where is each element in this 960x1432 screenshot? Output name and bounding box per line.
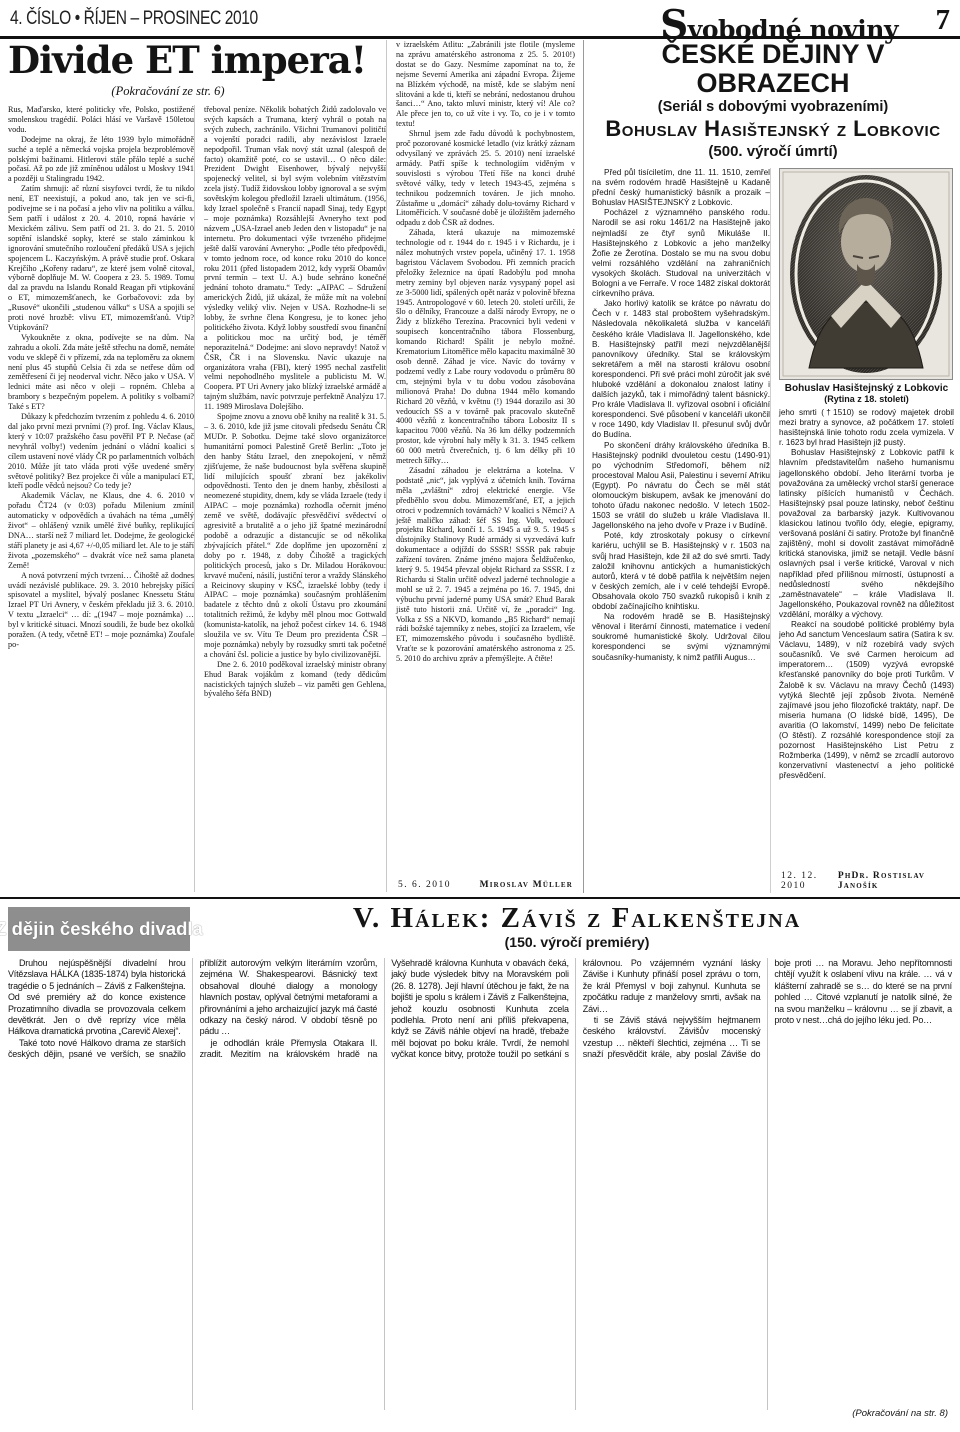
theatre-series-label: Z dějin českého divadla — [0, 918, 203, 940]
divide-column-1: Rus, Maďarsko, které politicky vře, Pols… — [8, 105, 194, 892]
paragraph: třeboval peníze. Několik bohatých Židů z… — [204, 105, 386, 412]
dejiny-kicker: ČESKÉ DĚJINY V OBRAZECH — [592, 40, 954, 98]
divide-column-3-text: v izraelském Atlitu: „Zabránili jste flo… — [396, 40, 575, 664]
divide-byline: 5. 6. 2010 Miroslav Müller — [396, 874, 575, 892]
article-divide: Divide ET impera! (Pokračování ze str. 6… — [8, 40, 575, 892]
paragraph: Druhou nejúspěšnější divadelní hrou Vítě… — [8, 958, 186, 1038]
paragraph: jeho smrti (†1510) se rodový majetek dro… — [779, 408, 954, 448]
divide-author: Miroslav Müller — [480, 880, 573, 890]
portrait-caption-name: Bohuslav Hasištejnský z Lobkovic — [779, 383, 954, 394]
divide-column-3: v izraelském Atlitu: „Zabránili jste flo… — [386, 40, 575, 892]
paragraph: Spojme znovu a znovu obě knihy na realit… — [204, 412, 386, 660]
paragraph: Pocházel z významného panského rodu. Nar… — [592, 208, 770, 299]
theatre-series-box: Z dějin českého divadla — [8, 907, 190, 951]
portrait-engraving — [779, 168, 953, 380]
paragraph: Akademik Václav, ne Klaus, dne 4. 6. 201… — [8, 491, 194, 570]
paragraph: Reakcí na soudobé politické problémy byl… — [779, 620, 954, 782]
paragraph: Rus, Maďarsko, které politicky vře, Pols… — [8, 105, 194, 135]
dejiny-author: PhDr. Rostislav Janošík — [838, 871, 952, 891]
page-number: 7 — [936, 4, 951, 37]
paragraph: Vykoukněte z okna, podívejte se na dům. … — [8, 333, 194, 412]
issue-line: 4. ČÍSLO • ŘÍJEN – PROSINEC 2010 — [10, 8, 258, 30]
article-dejiny: ČESKÉ DĚJINY V OBRAZECH (Seriál s dobový… — [592, 40, 954, 893]
paragraph: Bohuslav Hasištejnský z Lobkovic patřil … — [779, 448, 954, 620]
halek-subtitle: (150. výročí premiéry) — [200, 934, 954, 951]
continued-on-note: (Pokračování na str. 8) — [852, 1408, 948, 1419]
halek-article-body: Druhou nejúspěšnější divadelní hrou Vítě… — [8, 958, 952, 1410]
newspaper-page: 4. ČÍSLO • ŘÍJEN – PROSINEC 2010 Svobodn… — [0, 0, 960, 1432]
dejiny-byline: 12. 12. 2010 PhDr. Rostislav Janošík — [779, 865, 954, 893]
paragraph: Poté, kdy ztroskotaly pokusy o církevní … — [592, 531, 770, 612]
section-rule — [0, 897, 960, 899]
paragraph: A nová potvrzení mých tvrzení… Čihoště a… — [8, 571, 194, 650]
halek-headline-block: V. Hálek: Záviš z Falkenštejna (150. výr… — [200, 903, 954, 951]
dejiny-kicker-sub: (Seriál s dobovými vyobrazeními) — [592, 98, 954, 116]
paragraph: Zatím shrnuji: ač různí sisyfovci tvrdí,… — [8, 184, 194, 333]
continued-from-note: (Pokračování ze str. 6) — [8, 84, 328, 99]
dejiny-title-sub: (500. výročí úmrtí) — [592, 142, 954, 162]
paragraph: Na rodovém hradě se B. Hasištejnský věno… — [592, 612, 770, 662]
dejiny-column-1: Před půl tisíciletím, dne 11. 11. 1510, … — [592, 168, 770, 893]
dejiny-column-2: Bohuslav Hasištejnský z Lobkovic (Rytina… — [770, 168, 954, 893]
dejiny-column-2-text: jeho smrti (†1510) se rodový majetek dro… — [779, 408, 954, 781]
section-divider-vertical — [583, 40, 584, 893]
paragraph: Jako horlivý katolík se krátce po návrat… — [592, 299, 770, 440]
paragraph: Důkazy k předchozím tvrzením z pohledu 4… — [8, 412, 194, 491]
paragraph: Před půl tisíciletím, dne 11. 11. 1510, … — [592, 168, 770, 208]
paragraph: Záhada, která ukazuje na mimozemské tech… — [396, 228, 575, 466]
dejiny-title: Bohuslav Hasištejnský z Lobkovic — [592, 116, 954, 142]
portrait-caption-source: (Rytina z 18. století) — [779, 394, 954, 404]
divide-date: 5. 6. 2010 — [398, 880, 451, 890]
article-divide-headline: Divide ET impera! — [8, 40, 386, 80]
divide-column-2: třeboval peníze. Několik bohatých Židů z… — [194, 105, 386, 892]
paragraph: Shrnul jsem zde řadu důvodů k pochybnost… — [396, 129, 575, 228]
paragraph: Dne 2. 6. 2010 poděkoval izraelský minis… — [204, 660, 386, 700]
halek-title: V. Hálek: Záviš z Falkenštejna — [200, 903, 954, 934]
paragraph: Dodejme na okraj, že léto 1939 bylo mimo… — [8, 135, 194, 185]
paragraph: Po skončení dráhy královského úředníka B… — [592, 441, 770, 532]
dejiny-date: 12. 12. 2010 — [781, 871, 838, 891]
paragraph: v izraelském Atlitu: „Zabránili jste flo… — [396, 40, 575, 129]
paragraph: Zásadní záhadou je elektrárna a kotelna.… — [396, 466, 575, 664]
